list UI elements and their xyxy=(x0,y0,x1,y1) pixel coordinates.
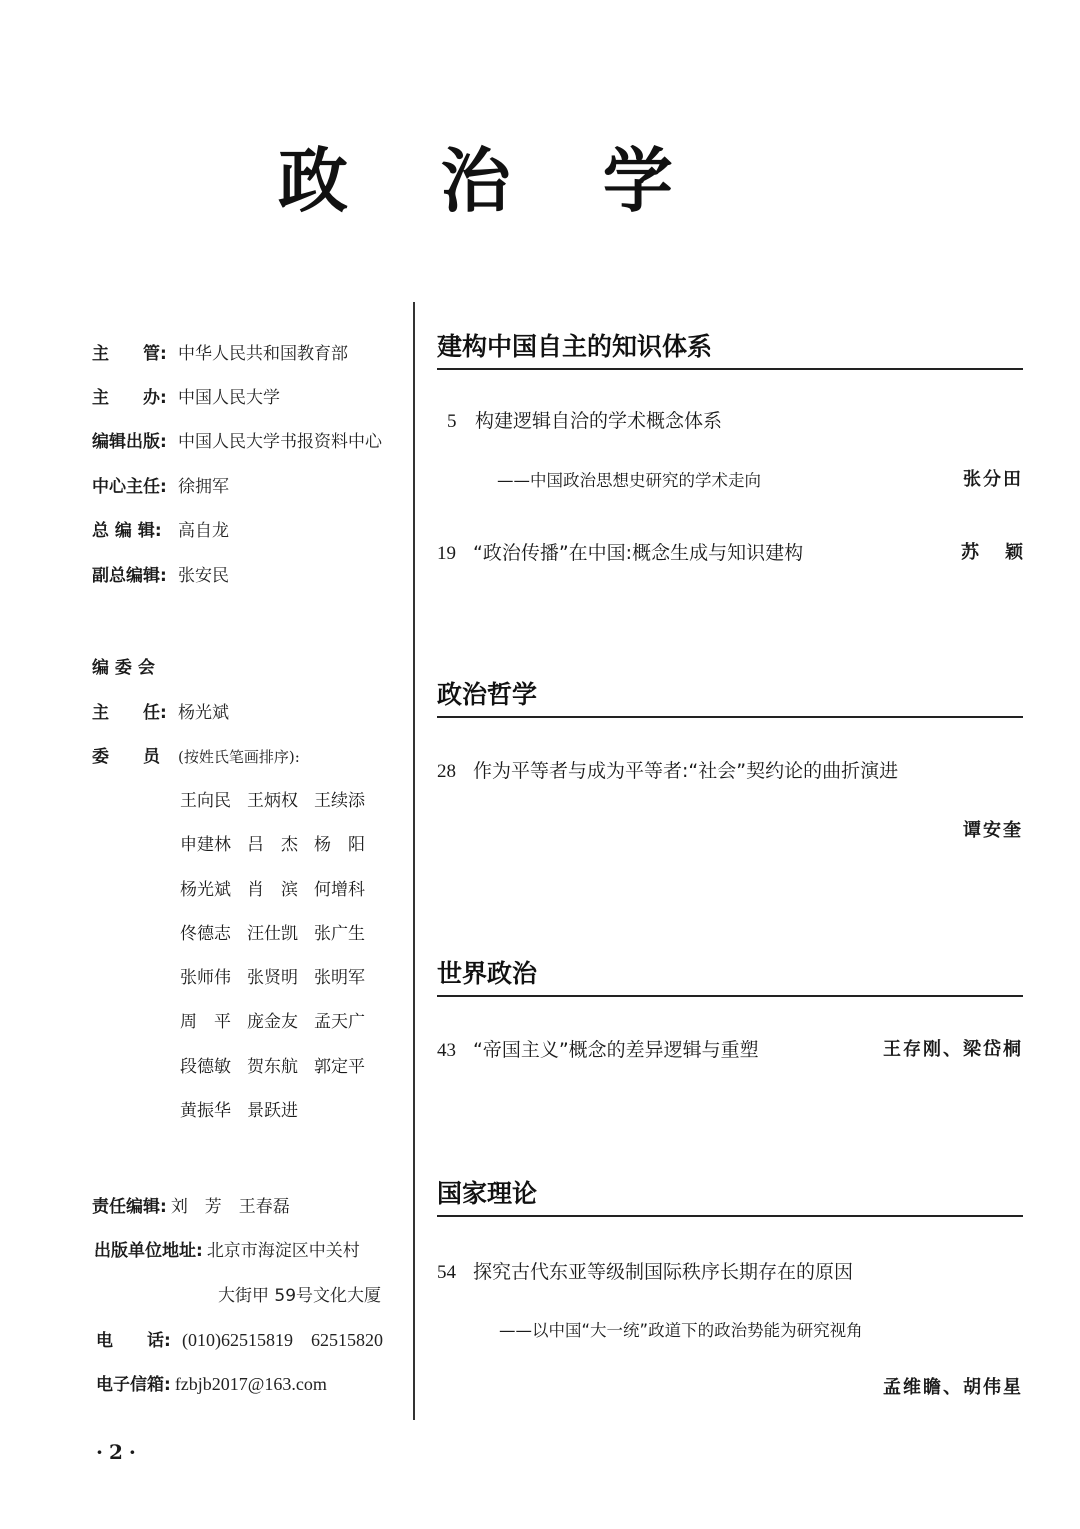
member-name: 郭定平 xyxy=(314,1054,381,1080)
member-name: 王炳权 xyxy=(247,788,314,814)
member-name: 张广生 xyxy=(314,921,381,947)
committee-director-row: 主 任:杨光斌 xyxy=(92,702,229,724)
masthead-label: 电子信箱: xyxy=(96,1374,171,1396)
toc-article-author: 谭安奎 xyxy=(963,818,1023,844)
email-row: 电子信箱:fzbjb2017@163.com xyxy=(96,1373,327,1396)
members-order-note: (按姓氏笔画排序): xyxy=(178,746,300,768)
committee-heading: 编 委 会 xyxy=(92,657,155,679)
masthead-label: 责任编辑: xyxy=(92,1196,167,1218)
member-name: 景跃进 xyxy=(247,1098,314,1124)
masthead-label: 中心主任: xyxy=(92,476,178,498)
member-name: 贺东航 xyxy=(247,1054,314,1080)
member-name: 孟天广 xyxy=(314,1009,381,1035)
member-name: 王续添 xyxy=(314,788,381,814)
committee-members-list: 王向民王炳权王续添 申建林吕 杰杨 阳 杨光斌肖 滨何增科 佟德志汪仕凯张广生 … xyxy=(180,788,381,1142)
member-row: 张师伟张贤明张明军 xyxy=(180,965,381,1009)
column-divider xyxy=(413,302,415,1420)
member-name: 张贤明 xyxy=(247,965,314,991)
masthead-row-sponsor: 主 办:中国人民大学 xyxy=(92,387,280,409)
toc-entry[interactable]: 5构建逻辑自洽的学术概念体系 xyxy=(437,408,1023,435)
toc-page-number: 19 xyxy=(437,541,473,567)
masthead-value: 中华人民共和国教育部 xyxy=(178,343,348,365)
toc-page-number: 28 xyxy=(437,759,473,785)
masthead-label: 编辑出版: xyxy=(92,431,178,453)
member-name: 王向民 xyxy=(180,788,247,814)
toc-article-subtitle: ——中国政治思想史研究的学术走向 xyxy=(497,469,761,493)
member-name: 张明军 xyxy=(314,965,381,991)
toc-entry[interactable]: 28作为平等者与成为平等者:“社会”契约论的曲折演进 xyxy=(437,758,1023,785)
masthead-label: 主 任: xyxy=(92,702,178,724)
masthead-row-editor-in-chief: 总 编 辑:高自龙 xyxy=(92,520,229,542)
member-name: 张师伟 xyxy=(180,965,247,991)
masthead-value: 高自龙 xyxy=(178,520,229,542)
masthead-label: 委 员 xyxy=(92,746,178,768)
toc-entry[interactable]: 19“政治传播”在中国:概念生成与知识建构 xyxy=(437,540,1023,567)
member-name: 杨光斌 xyxy=(180,877,247,903)
responsible-editors-row: 责任编辑:刘 芳 王春磊 xyxy=(92,1196,290,1218)
member-name: 黄振华 xyxy=(180,1098,247,1124)
member-row: 段德敏贺东航郭定平 xyxy=(180,1054,381,1098)
masthead-row-publisher: 编辑出版:中国人民大学书报资料中心 xyxy=(92,431,382,453)
member-name: 杨 阳 xyxy=(314,832,381,858)
member-name: 庞金友 xyxy=(247,1009,314,1035)
section-heading-knowledge-system: 建构中国自主的知识体系 xyxy=(437,330,1023,370)
toc-page-number: 54 xyxy=(437,1260,473,1286)
masthead-value: 徐拥军 xyxy=(178,476,229,498)
toc-entry[interactable]: 54探究古代东亚等级制国际秩序长期存在的原因 xyxy=(437,1259,1023,1286)
member-name: 段德敏 xyxy=(180,1054,247,1080)
section-heading-state-theory: 国家理论 xyxy=(437,1177,1023,1217)
member-name: 肖 滨 xyxy=(247,877,314,903)
address-line-1: 北京市海淀区中关村 xyxy=(207,1240,360,1262)
toc-page-number: 43 xyxy=(437,1038,473,1064)
masthead-row-center-director: 中心主任:徐拥军 xyxy=(92,476,229,498)
email-address: fzbjb2017@163.com xyxy=(175,1373,327,1395)
masthead-label: 主 管: xyxy=(92,343,178,365)
member-name: 吕 杰 xyxy=(247,832,314,858)
masthead-label: 主 办: xyxy=(92,387,178,409)
section-heading-world-politics: 世界政治 xyxy=(437,957,1023,997)
toc-article-title[interactable]: 探究古代东亚等级制国际秩序长期存在的原因 xyxy=(473,1261,853,1283)
toc-article-author: 张分田 xyxy=(963,467,1023,493)
masthead-label: 出版单位地址: xyxy=(94,1240,203,1262)
phone-number: (010)62515819 62515820 xyxy=(182,1329,383,1351)
toc-article-title[interactable]: “政治传播”在中国:概念生成与知识建构 xyxy=(473,542,803,564)
toc-article-title[interactable]: 作为平等者与成为平等者:“社会”契约论的曲折演进 xyxy=(473,760,898,782)
member-row: 杨光斌肖 滨何增科 xyxy=(180,877,381,921)
member-name: 何增科 xyxy=(314,877,381,903)
masthead-value: 张安民 xyxy=(178,565,229,587)
masthead-value: 中国人民大学 xyxy=(178,387,280,409)
section-heading-political-philosophy: 政治哲学 xyxy=(437,678,1023,718)
page-number: ·2· xyxy=(96,1440,142,1464)
masthead-label: 副总编辑: xyxy=(92,565,178,587)
address-row-2: 大街甲 59号文化大厦 xyxy=(218,1285,381,1307)
toc-article-title[interactable]: 构建逻辑自洽的学术概念体系 xyxy=(475,410,722,432)
member-row: 王向民王炳权王续添 xyxy=(180,788,381,832)
address-line-2: 大街甲 59号文化大厦 xyxy=(218,1285,381,1307)
toc-article-author: 孟维瞻、胡伟星 xyxy=(883,1375,1023,1401)
masthead-row-supervisor: 主 管:中华人民共和国教育部 xyxy=(92,343,348,365)
member-name: 佟德志 xyxy=(180,921,247,947)
member-name: 汪仕凯 xyxy=(247,921,314,947)
member-row: 申建林吕 杰杨 阳 xyxy=(180,832,381,876)
masthead-label: 总 编 辑: xyxy=(92,520,178,542)
committee-director: 杨光斌 xyxy=(178,702,229,724)
toc-page-number: 5 xyxy=(437,409,475,435)
member-row: 黄振华景跃进 xyxy=(180,1098,381,1142)
masthead-row-deputy-editor: 副总编辑:张安民 xyxy=(92,565,229,587)
toc-article-author: 苏颖 xyxy=(961,540,1049,566)
member-row: 佟德志汪仕凯张广生 xyxy=(180,921,381,965)
member-name: 申建林 xyxy=(180,832,247,858)
responsible-editors: 刘 芳 王春磊 xyxy=(171,1196,290,1218)
phone-row: 电 话:(010)62515819 62515820 xyxy=(96,1329,383,1352)
toc-article-title[interactable]: “帝国主义”概念的差异逻辑与重塑 xyxy=(473,1039,759,1061)
member-row: 周 平庞金友孟天广 xyxy=(180,1009,381,1053)
committee-heading-row: 编 委 会 xyxy=(92,657,155,679)
member-name: 周 平 xyxy=(180,1009,247,1035)
committee-members-row: 委 员(按姓氏笔画排序): xyxy=(92,746,300,768)
address-row: 出版单位地址:北京市海淀区中关村 xyxy=(94,1240,360,1262)
journal-title: 政 治 学 xyxy=(278,146,707,216)
toc-article-subtitle: ——以中国“大一统”政道下的政治势能为研究视角 xyxy=(499,1319,863,1343)
masthead-label: 电 话: xyxy=(96,1330,182,1352)
masthead-value: 中国人民大学书报资料中心 xyxy=(178,431,382,453)
toc-article-author: 王存刚、梁岱桐 xyxy=(883,1037,1023,1063)
